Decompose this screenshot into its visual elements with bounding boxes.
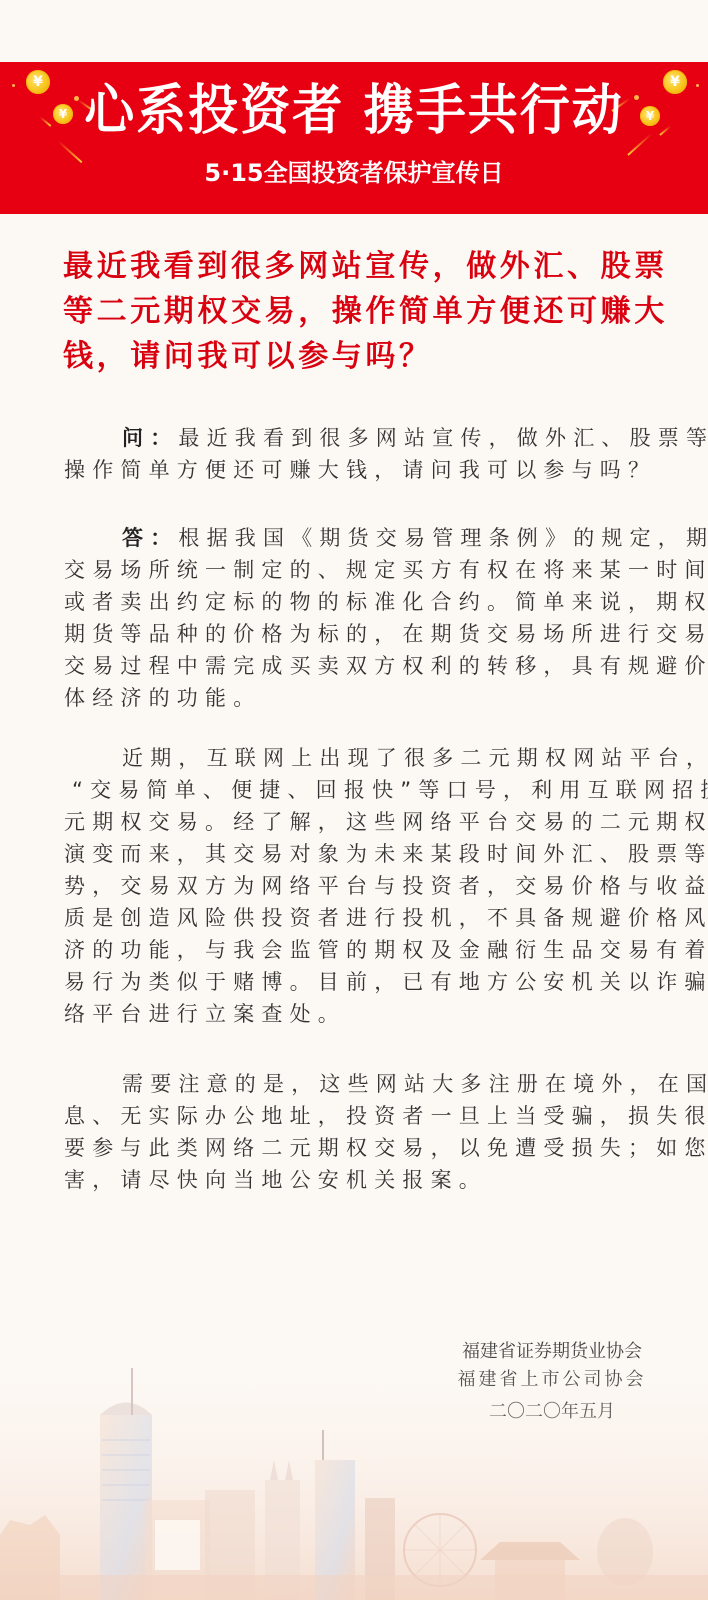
headline-line: 等二元期权交易，操作简单方便还可赚大	[63, 289, 663, 334]
city-skyline-illustration	[0, 1320, 708, 1600]
paragraph-line: 济的功能，与我会监管的期权及金融衍生品交易有着本质区别，其交	[64, 934, 664, 966]
paragraph-line: 答：根据我国《期货交易管理条例》的规定，期权合约是指期货	[64, 522, 664, 554]
paragraph-line: 体经济的功能。	[64, 682, 664, 714]
paragraph-line: 络平台进行立案查处。	[64, 998, 664, 1030]
headline-line: 最近我看到很多网站宣传，做外汇、股票	[63, 244, 663, 289]
paragraph-line: 势，交易双方为网络平台与投资者，交易价格与收益事前确定，其实	[64, 870, 664, 902]
answer-label: 答：	[122, 526, 178, 550]
banner-title: 心系投资者 携手共行动	[0, 78, 708, 143]
question-label: 问：	[122, 426, 178, 450]
answer-text: 根据我国《期货交易管理条例》的规定，期权合约是指期货	[178, 526, 708, 550]
paragraph-line: 息、无实际办公地址，投资者一旦上当受骗，损失很难追回。请您不	[64, 1100, 664, 1132]
paragraph-line: 问：最近我看到很多网站宣传，做外汇、股票等二元期权交易，	[64, 422, 664, 454]
banner-subtitle: 5·15全国投资者保护宣传日	[0, 158, 708, 188]
paragraph-line: 需要注意的是，这些网站大多注册在境外，在国内无网络备案信	[64, 1068, 664, 1100]
headline: 最近我看到很多网站宣传，做外汇、股票 等二元期权交易，操作简单方便还可赚大 钱，…	[63, 244, 663, 379]
paragraph-line: 或者卖出约定标的物的标准化合约。简单来说，期权是一种以股票、	[64, 586, 664, 618]
paragraph-line: 质是创造风险供投资者进行投机，不具备规避价格风险、服务实体经	[64, 902, 664, 934]
paragraph-line: 操作简单方便还可赚大钱，请问我可以参与吗？	[64, 454, 664, 486]
paragraph-line: 要参与此类网络二元期权交易，以免遭受损失；如您受到此类行为侵	[64, 1132, 664, 1164]
notice-paragraph: 需要注意的是，这些网站大多注册在境外，在国内无网络备案信 息、无实际办公地址，投…	[64, 1068, 664, 1196]
recent-paragraph: 近期，互联网上出现了很多二元期权网站平台，这些平台打着 “交易简单、便捷、回报快…	[64, 742, 664, 1030]
paragraph-line: 期货等品种的价格为标的，在期货交易场所进行交易的金融产品，在	[64, 618, 664, 650]
answer-paragraph: 答：根据我国《期货交易管理条例》的规定，期权合约是指期货 交易场所统一制定的、规…	[64, 522, 664, 714]
paragraph-line: 害，请尽快向当地公安机关报案。	[64, 1164, 664, 1196]
paragraph-line: 交易场所统一制定的、规定买方有权在将来某一时间以特定价格买入	[64, 554, 664, 586]
headline-line: 钱，请问我可以参与吗？	[63, 334, 663, 379]
paragraph-line: 交易过程中需完成买卖双方权利的转移，具有规避价格风险、服务实	[64, 650, 664, 682]
question-text: 最近我看到很多网站宣传，做外汇、股票等二元期权交易，	[178, 426, 708, 450]
paragraph-line: “交易简单、便捷、回报快”等口号，利用互联网招揽投资者参与二	[64, 774, 664, 806]
banner: ¥ ¥ ¥ ¥ 心系投资者 携手共行动 5·15全国投资者保护宣传日	[0, 62, 708, 214]
paragraph-line: 近期，互联网上出现了很多二元期权网站平台，这些平台打着	[64, 742, 664, 774]
paragraph-line: 元期权交易。经了解，这些网络平台交易的二元期权是从境外博彩业	[64, 806, 664, 838]
paragraph-line: 演变而来，其交易对象为未来某段时间外汇、股票等品种的价格走	[64, 838, 664, 870]
question-paragraph: 问：最近我看到很多网站宣传，做外汇、股票等二元期权交易， 操作简单方便还可赚大钱…	[64, 422, 664, 486]
paragraph-line: 易行为类似于赌博。目前，已有地方公安机关以诈骗罪对二元期权网	[64, 966, 664, 998]
